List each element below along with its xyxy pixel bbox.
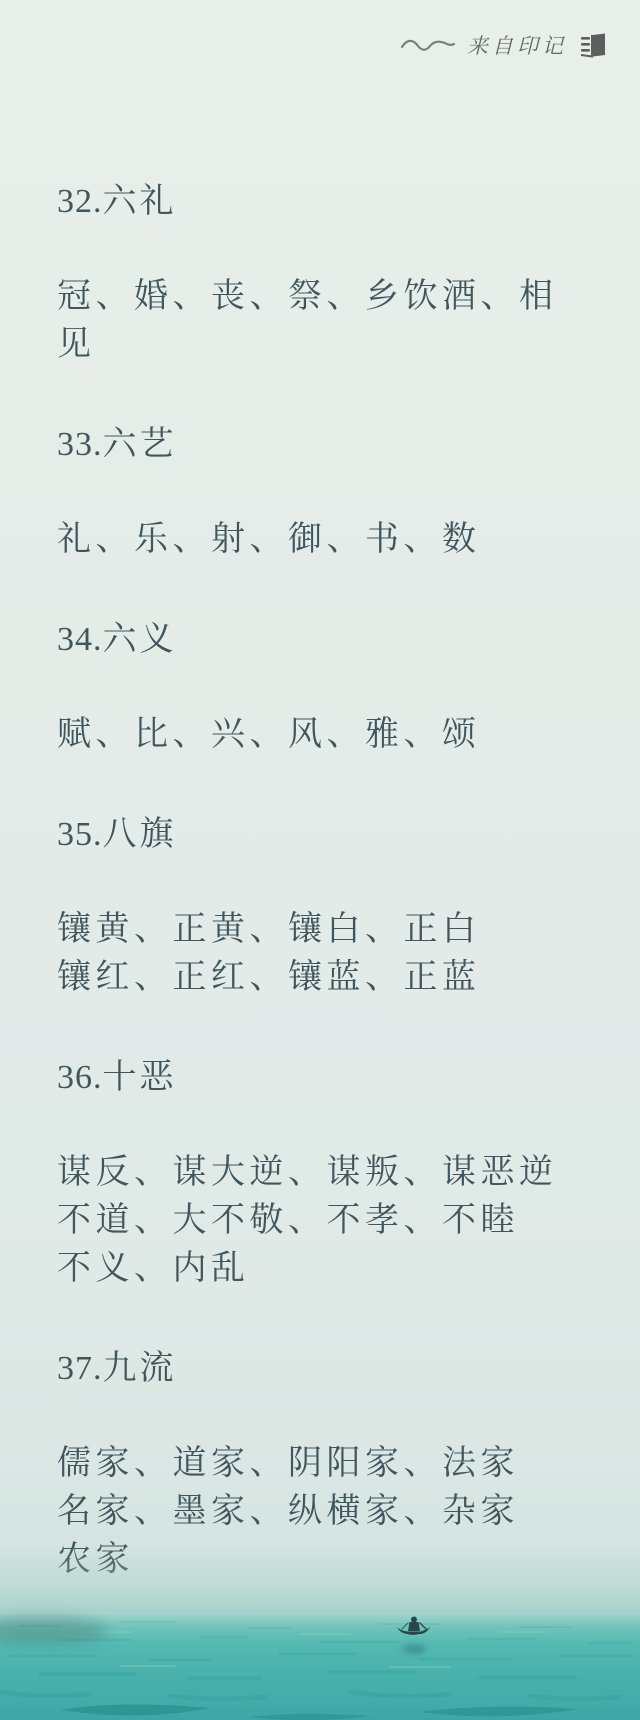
- boat-reflection: [402, 1644, 426, 1654]
- section-heading: 33.六艺: [57, 420, 604, 469]
- body-line: 名家、墨家、纵横家、杂家: [57, 1487, 604, 1535]
- section-number: 33.: [57, 426, 103, 463]
- section-number: 35.: [57, 816, 103, 853]
- section-heading: 34.六义: [57, 615, 604, 664]
- boat-silhouette: [396, 1614, 432, 1642]
- section-32-liuli: 32.六礼 冠、婚、丧、祭、乡饮酒、相 见: [57, 177, 604, 420]
- section-body: 镶黄、正黄、镶白、正白 镶红、正红、镶蓝、正蓝: [57, 905, 604, 1001]
- content-list: 32.六礼 冠、婚、丧、祭、乡饮酒、相 见 33.六艺 礼、乐、射、御、书、数 …: [57, 177, 604, 1583]
- section-heading: 37.九流: [57, 1344, 604, 1393]
- watermark: 来自印记: [400, 30, 608, 60]
- section-35-baqi: 35.八旗 镶黄、正黄、镶白、正白 镶红、正红、镶蓝、正蓝: [57, 810, 604, 1053]
- body-line: 镶红、正红、镶蓝、正蓝: [57, 953, 604, 1001]
- body-line: 见: [57, 320, 604, 368]
- section-title: 九流: [103, 1349, 177, 1387]
- body-line: 儒家、道家、阴阳家、法家: [57, 1439, 604, 1487]
- section-number: 36.: [57, 1059, 103, 1096]
- body-line: 赋、比、兴、风、雅、颂: [57, 710, 604, 758]
- wave-squiggle-icon: [400, 37, 456, 53]
- body-line: 礼、乐、射、御、书、数: [57, 515, 604, 563]
- section-body: 礼、乐、射、御、书、数: [57, 515, 604, 563]
- section-number: 37.: [57, 1350, 103, 1387]
- section-title: 六礼: [103, 182, 177, 220]
- section-heading: 32.六礼: [57, 177, 604, 226]
- section-title: 六义: [103, 620, 177, 658]
- section-number: 32.: [57, 183, 103, 220]
- section-body: 赋、比、兴、风、雅、颂: [57, 710, 604, 758]
- section-36-shie: 36.十恶 谋反、谋大逆、谋叛、谋恶逆 不道、大不敬、不孝、不睦 不义、内乱: [57, 1053, 604, 1344]
- section-34-liuyi2: 34.六义 赋、比、兴、风、雅、颂: [57, 615, 604, 810]
- body-line: 冠、婚、丧、祭、乡饮酒、相: [57, 272, 604, 320]
- section-heading: 36.十恶: [57, 1053, 604, 1102]
- body-line: 不道、大不敬、不孝、不睦: [57, 1196, 604, 1244]
- body-line: 镶黄、正黄、镶白、正白: [57, 905, 604, 953]
- watermark-text: 来自印记: [467, 30, 567, 60]
- section-heading: 35.八旗: [57, 810, 604, 859]
- section-number: 34.: [57, 621, 103, 658]
- section-body: 谋反、谋大逆、谋叛、谋恶逆 不道、大不敬、不孝、不睦 不义、内乱: [57, 1148, 604, 1292]
- section-body: 冠、婚、丧、祭、乡饮酒、相 见: [57, 272, 604, 368]
- section-title: 十恶: [103, 1058, 177, 1096]
- open-book-icon: [578, 32, 608, 59]
- section-title: 六艺: [103, 425, 177, 463]
- knowledge-card-image: { "watermark": { "text": "来自印记", "squigg…: [0, 0, 640, 1720]
- body-line: 不义、内乱: [57, 1244, 604, 1292]
- body-line: 谋反、谋大逆、谋叛、谋恶逆: [57, 1148, 604, 1196]
- section-title: 八旗: [103, 815, 177, 853]
- section-33-liuyi: 33.六艺 礼、乐、射、御、书、数: [57, 420, 604, 615]
